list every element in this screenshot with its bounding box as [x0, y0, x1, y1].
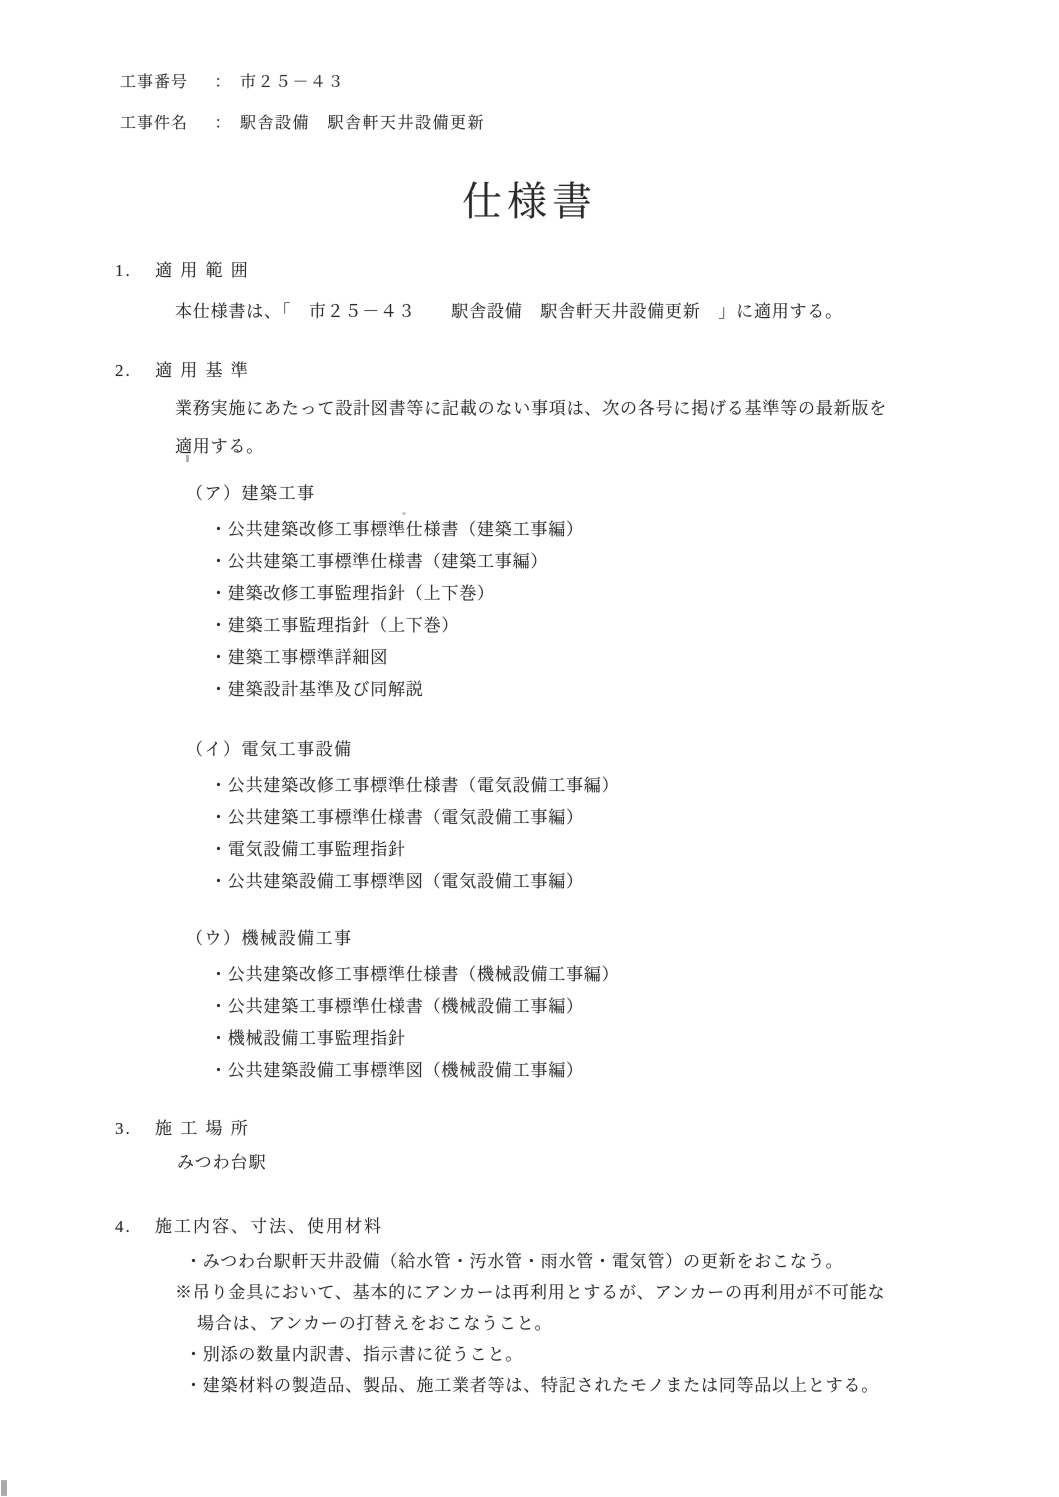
- list-item: ・公共建築設備工事標準図（電気設備工事編）: [210, 866, 619, 898]
- section-site: 3. 施 工 場 所 みつわ台駅: [115, 1118, 1015, 1174]
- page-title: 仕様書: [0, 170, 1059, 227]
- section-standards-number: 2.: [115, 360, 155, 382]
- project-name-label: 工事件名: [120, 103, 206, 144]
- list-item: ・公共建築改修工事標準仕様書（電気設備工事編）: [210, 770, 619, 802]
- standards-group-electrical: （イ）電気工事設備 ・公共建築改修工事標準仕様書（電気設備工事編） ・公共建築工…: [186, 738, 619, 898]
- list-item: ・建築工事標準詳細図: [210, 642, 584, 674]
- list-item: ・みつわ台駅軒天井設備（給水管・汚水管・雨水管・電気管）の更新をおこなう。: [185, 1246, 1015, 1277]
- standards-group-mechanical-label: （ウ）機械設備工事: [186, 927, 619, 951]
- list-item: ・公共建築設備工事標準図（機械設備工事編）: [210, 1055, 619, 1087]
- note-line-continuation: 場合は、アンカーの打替えをおこなうこと。: [197, 1308, 1015, 1339]
- project-name-value: 駅舎設備 駅舎軒天井設備更新: [240, 103, 485, 144]
- standards-group-architecture: （ア）建築工事 ・公共建築改修工事標準仕様書（建築工事編） ・公共建築工事標準仕…: [186, 482, 584, 706]
- section-standards: 2. 適 用 基 準 業務実施にあたって設計図書等に記載のない事項は、次の各号に…: [115, 360, 1015, 466]
- section-scope: 1. 適 用 範 囲 本仕様書は、「 市２５－４３ 駅舎設備 駅舎軒天井設備更新…: [115, 260, 1015, 323]
- document-page: 工事番号 ： 市２５－４３ 工事件名 ： 駅舎設備 駅舎軒天井設備更新 仕様書 …: [0, 0, 1059, 1497]
- section-scope-number: 1.: [115, 260, 155, 282]
- list-item: ・別添の数量内訳書、指示書に従うこと。: [185, 1339, 1015, 1370]
- section-work-details: 4. 施工内容、寸法、使用材料 ・みつわ台駅軒天井設備（給水管・汚水管・雨水管・…: [115, 1216, 1015, 1401]
- standards-group-architecture-label: （ア）建築工事: [186, 482, 584, 506]
- project-name-colon: ：: [206, 103, 240, 144]
- section-scope-heading: 1. 適 用 範 囲: [115, 260, 1015, 282]
- section-standards-body-line1: 業務実施にあたって設計図書等に記載のない事項は、次の各号に掲げる基準等の最新版を: [175, 390, 1015, 428]
- section-scope-title: 適 用 範 囲: [155, 260, 250, 282]
- list-item: ・建築改修工事監理指針（上下巻）: [210, 578, 584, 610]
- list-item: ・公共建築工事標準仕様書（機械設備工事編）: [210, 991, 619, 1023]
- scan-artifact: [402, 512, 406, 515]
- list-item: ・建築工事監理指針（上下巻）: [210, 610, 584, 642]
- standards-group-electrical-items: ・公共建築改修工事標準仕様書（電気設備工事編） ・公共建築工事標準仕様書（電気設…: [210, 770, 619, 898]
- project-number-colon: ：: [206, 62, 240, 103]
- list-item: ・機械設備工事監理指針: [210, 1023, 619, 1055]
- document-header: 工事番号 ： 市２５－４３ 工事件名 ： 駅舎設備 駅舎軒天井設備更新: [120, 62, 485, 144]
- standards-group-mechanical-items: ・公共建築改修工事標準仕様書（機械設備工事編） ・公共建築工事標準仕様書（機械設…: [210, 959, 619, 1087]
- section-standards-title: 適 用 基 準: [155, 360, 250, 382]
- project-number-label: 工事番号: [120, 62, 206, 103]
- list-item: ・公共建築工事標準仕様書（電気設備工事編）: [210, 802, 619, 834]
- list-item: ・公共建築改修工事標準仕様書（機械設備工事編）: [210, 959, 619, 991]
- project-number-value: 市２５－４３: [240, 62, 345, 103]
- section-site-heading: 3. 施 工 場 所: [115, 1118, 1015, 1140]
- section-site-number: 3.: [115, 1118, 155, 1140]
- standards-group-architecture-items: ・公共建築改修工事標準仕様書（建築工事編） ・公共建築工事標準仕様書（建築工事編…: [210, 514, 584, 706]
- section-scope-body: 本仕様書は、「 市２５－４３ 駅舎設備 駅舎軒天井設備更新 」に適用する。: [175, 301, 1015, 323]
- section-work-details-number: 4.: [115, 1216, 155, 1238]
- section-work-details-lines: ・みつわ台駅軒天井設備（給水管・汚水管・雨水管・電気管）の更新をおこなう。 ※吊…: [115, 1246, 1015, 1401]
- project-number-row: 工事番号 ： 市２５－４３: [120, 62, 485, 103]
- section-work-details-title: 施工内容、寸法、使用材料: [155, 1216, 383, 1238]
- scan-artifact: [186, 455, 189, 462]
- list-item: ・電気設備工事監理指針: [210, 834, 619, 866]
- note-line: ※吊り金具において、基本的にアンカーは再利用とするが、アンカーの再利用が不可能な: [175, 1277, 1015, 1308]
- scan-artifact: [1, 1480, 7, 1496]
- section-standards-heading: 2. 適 用 基 準: [115, 360, 1015, 382]
- section-site-body: みつわ台駅: [177, 1152, 1015, 1174]
- standards-group-electrical-label: （イ）電気工事設備: [186, 738, 619, 762]
- project-name-row: 工事件名 ： 駅舎設備 駅舎軒天井設備更新: [120, 103, 485, 144]
- list-item: ・公共建築工事標準仕様書（建築工事編）: [210, 546, 584, 578]
- list-item: ・公共建築改修工事標準仕様書（建築工事編）: [210, 514, 584, 546]
- section-site-title: 施 工 場 所: [155, 1118, 250, 1140]
- section-standards-body-line2: 適用する。: [175, 428, 1015, 466]
- section-standards-body: 業務実施にあたって設計図書等に記載のない事項は、次の各号に掲げる基準等の最新版を…: [175, 390, 1015, 466]
- list-item: ・建築設計基準及び同解説: [210, 674, 584, 706]
- list-item: ・建築材料の製造品、製品、施工業者等は、特記されたモノまたは同等品以上とする。: [185, 1370, 1015, 1401]
- standards-group-mechanical: （ウ）機械設備工事 ・公共建築改修工事標準仕様書（機械設備工事編） ・公共建築工…: [186, 927, 619, 1087]
- section-work-details-heading: 4. 施工内容、寸法、使用材料: [115, 1216, 1015, 1238]
